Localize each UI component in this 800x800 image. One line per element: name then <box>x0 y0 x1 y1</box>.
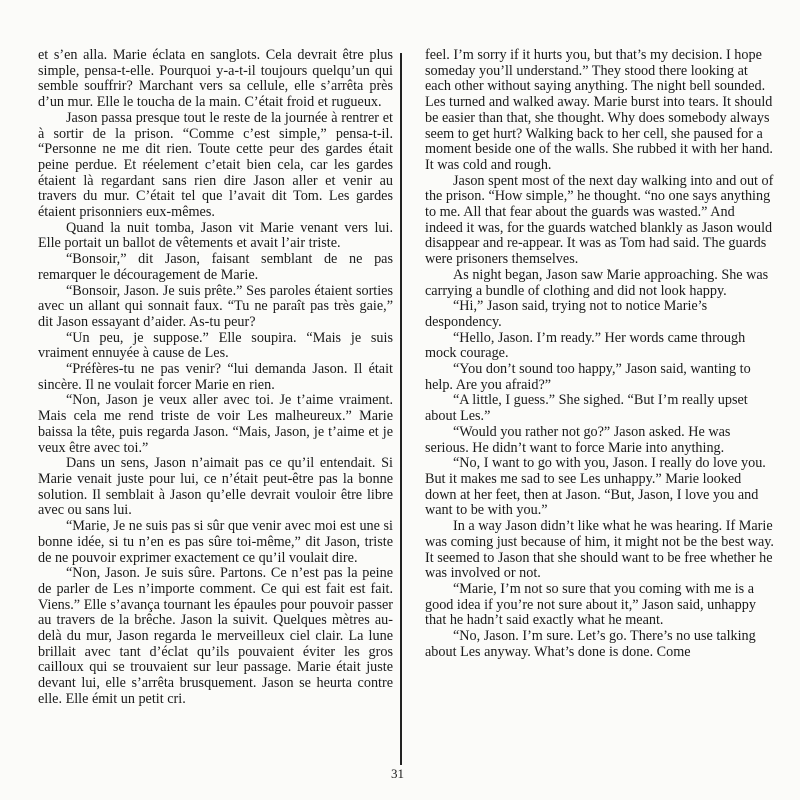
paragraph: In a way Jason didn’t like what he was h… <box>425 519 775 582</box>
paragraph: “Would you rather not go?” Jason asked. … <box>425 425 775 456</box>
paragraph: Jason spent most of the next day walking… <box>425 174 775 268</box>
paragraph: feel. I’m sorry if it hurts you, but tha… <box>425 48 775 174</box>
paragraph: “You don’t sound too happy,” Jason said,… <box>425 362 775 393</box>
paragraph: Dans un sens, Jason n’aimait pas ce qu’i… <box>38 456 393 519</box>
paragraph: “Marie, Je ne suis pas si sûr que venir … <box>38 519 393 566</box>
paragraph: “Non, Jason je veux aller avec toi. Je t… <box>38 393 393 456</box>
paragraph: “No, I want to go with you, Jason. I rea… <box>425 456 775 519</box>
left-column-french: et s’en alla. Marie éclata en sanglots. … <box>38 48 393 708</box>
paragraph: Jason passa presque tout le reste de la … <box>38 111 393 221</box>
paragraph: “A little, I guess.” She sighed. “But I’… <box>425 393 775 424</box>
paragraph: et s’en alla. Marie éclata en sanglots. … <box>38 48 393 111</box>
page-number: 31 <box>391 766 404 782</box>
paragraph: “Bonsoir, Jason. Je suis prête.” Ses par… <box>38 284 393 331</box>
right-column-english: feel. I’m sorry if it hurts you, but tha… <box>425 48 775 660</box>
paragraph: “Un peu, je suppose.” Elle soupira. “Mai… <box>38 331 393 362</box>
paragraph: As night began, Jason saw Marie approach… <box>425 268 775 299</box>
paragraph: “Préfères-tu ne pas venir? “lui demanda … <box>38 362 393 393</box>
paragraph: “No, Jason. I’m sure. Let’s go. There’s … <box>425 629 775 660</box>
paragraph: “Non, Jason. Je suis sûre. Partons. Ce n… <box>38 566 393 707</box>
paragraph: Quand la nuit tomba, Jason vit Marie ven… <box>38 221 393 252</box>
column-divider <box>400 53 402 765</box>
paragraph: “Hello, Jason. I’m ready.” Her words cam… <box>425 331 775 362</box>
paragraph: “Hi,” Jason said, trying not to notice M… <box>425 299 775 330</box>
paragraph: “Bonsoir,” dit Jason, faisant semblant d… <box>38 252 393 283</box>
paragraph: “Marie, I’m not so sure that you coming … <box>425 582 775 629</box>
